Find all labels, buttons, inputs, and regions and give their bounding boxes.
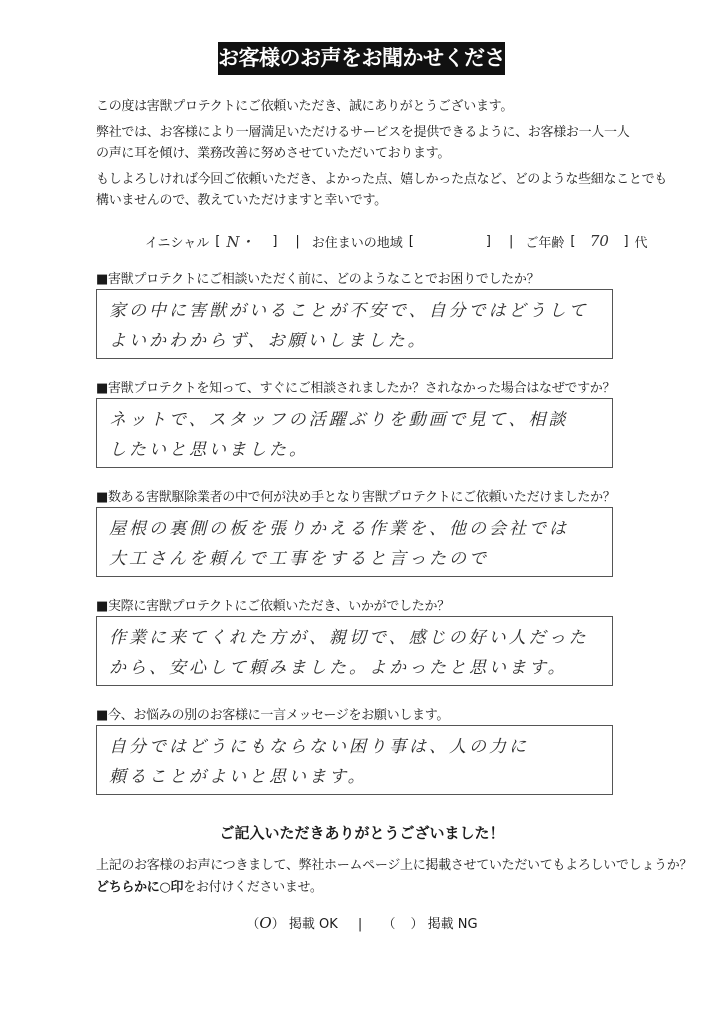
separator: | — [295, 234, 299, 249]
initial-field[interactable]: N・ — [226, 231, 266, 252]
intro-line: 構いませんので、教えていただけますと幸いです。 — [96, 190, 656, 211]
age-suffix: 代 — [635, 232, 648, 251]
answer-box[interactable]: 屋根の裏側の板を張りかえる作業を、他の会社では 大工さんを頼んで工事をすると言っ… — [96, 507, 613, 577]
consent-question: 上記のお客様のお声につきまして、弊社ホームページ上に掲載させていただいてもよろし… — [96, 855, 692, 877]
survey-form-page: お客様のお声をお聞かせください この度は害獣プロテクトにご依頼いただき、誠にあり… — [0, 0, 724, 1024]
question-label: ■今、お悩みの別のお客様に一言メッセージをお願いします。 — [96, 704, 449, 723]
answer-line: ネットで、スタッフの活躍ぶりを動画で見て、相談 — [109, 405, 568, 430]
answer-line: 大工さんを頼んで工事をすると言ったので — [109, 544, 489, 569]
answer-line: 屋根の裏側の板を張りかえる作業を、他の会社では — [109, 514, 569, 539]
paren-open: （ — [382, 917, 395, 932]
answer-line: 頼ることがよいと思います。 — [109, 762, 368, 787]
paren-close: ） — [272, 917, 285, 932]
question-label: ■実際に害獣プロテクトにご依頼いただき、いかがでしたか？ — [96, 595, 450, 614]
answer-box[interactable]: ネットで、スタッフの活躍ぶりを動画で見て、相談 したいと思いました。 — [96, 398, 613, 468]
initial-label: イニシャル — [145, 232, 209, 251]
area-label: お住まいの地域 — [312, 232, 403, 251]
bracket-close: ] — [486, 234, 491, 249]
profile-row: イニシャル [ N・ ] | お住まいの地域 [ ] | ご年齢 [ 70 ] … — [145, 229, 648, 253]
separator: | — [509, 234, 513, 249]
question-label: ■害獣プロテクトを知って、すぐにご相談されましたか？されなかった場合はなぜですか… — [96, 377, 615, 396]
question-label: ■害獣プロテクトにご相談いただく前に、どのようなことでお困りでしたか？ — [96, 268, 539, 287]
answer-line: 作業に来てくれた方が、親切で、感じの好い人だった — [109, 623, 589, 648]
paren-open: （ — [246, 917, 259, 932]
answer-line: から、安心して頼みました。よかったと思います。 — [109, 653, 568, 678]
bracket-open: [ — [215, 234, 220, 249]
ng-label: 掲載 NG — [428, 917, 478, 932]
bracket-close: ] — [623, 234, 628, 249]
consent-text: 上記のお客様のお声につきまして、弊社ホームページ上に掲載させていただいてもよろし… — [96, 855, 692, 899]
question-label: ■数ある害獣駆除業者の中で何が決め手となり害獣プロテクトにご依頼いただけましたか… — [96, 486, 615, 505]
age-field[interactable]: 70 — [581, 232, 617, 250]
answer-line: 家の中に害獣がいることが不安で、自分ではどうして — [109, 296, 589, 321]
ok-circle-mark: O — [259, 914, 271, 932]
ok-label: 掲載 OK — [289, 917, 338, 932]
answer-box[interactable]: 作業に来てくれた方が、親切で、感じの好い人だった から、安心して頼みました。よか… — [96, 616, 613, 686]
publish-choice: （O） 掲載 OK | （ ） 掲載 NG — [0, 912, 724, 933]
intro-line: 弊社では、お客様により一層満足いただけるサービスを提供できるように、お客様お一人… — [96, 122, 656, 143]
intro-line: の声に耳を傾け、業務改善に努めさせていただいております。 — [96, 143, 656, 164]
bracket-open: [ — [409, 234, 414, 249]
thanks-heading: ご記入いただきありがとうございました！ — [0, 822, 724, 843]
bracket-close: ] — [272, 234, 277, 249]
intro-line: もしよろしければ今回ご依頼いただき、よかった点、嬉しかった点など、どのような些細… — [96, 169, 656, 190]
bracket-open: [ — [570, 234, 575, 249]
answer-box[interactable]: 家の中に害獣がいることが不安で、自分ではどうして よいかわからず、お願いしました… — [96, 289, 613, 359]
choice-ok[interactable]: （O） 掲載 OK — [246, 917, 342, 932]
ng-mark — [395, 914, 410, 932]
instruction-rest: をお付けくださいませ。 — [183, 880, 322, 895]
consent-instruction: どちらかに○印をお付けくださいませ。 — [96, 877, 692, 899]
answer-box[interactable]: 自分ではどうにもならない困り事は、人の力に 頼ることがよいと思います。 — [96, 725, 613, 795]
instruction-bold: どちらかに○印 — [96, 880, 183, 895]
paren-close: ） — [410, 917, 423, 932]
intro-line: この度は害獣プロテクトにご依頼いただき、誠にありがとうございます。 — [96, 96, 656, 117]
answer-line: よいかわからず、お願いしました。 — [109, 326, 428, 351]
age-label: ご年齢 — [525, 232, 564, 251]
answer-line: 自分ではどうにもならない困り事は、人の力に — [109, 732, 529, 757]
page-title: お客様のお声をお聞かせください — [218, 42, 505, 75]
answer-line: したいと思いました。 — [109, 435, 309, 460]
intro-text: この度は害獣プロテクトにご依頼いただき、誠にありがとうございます。 弊社では、お… — [96, 96, 656, 211]
choice-ng[interactable]: （ ） 掲載 NG — [382, 917, 477, 932]
separator: | — [358, 917, 362, 932]
